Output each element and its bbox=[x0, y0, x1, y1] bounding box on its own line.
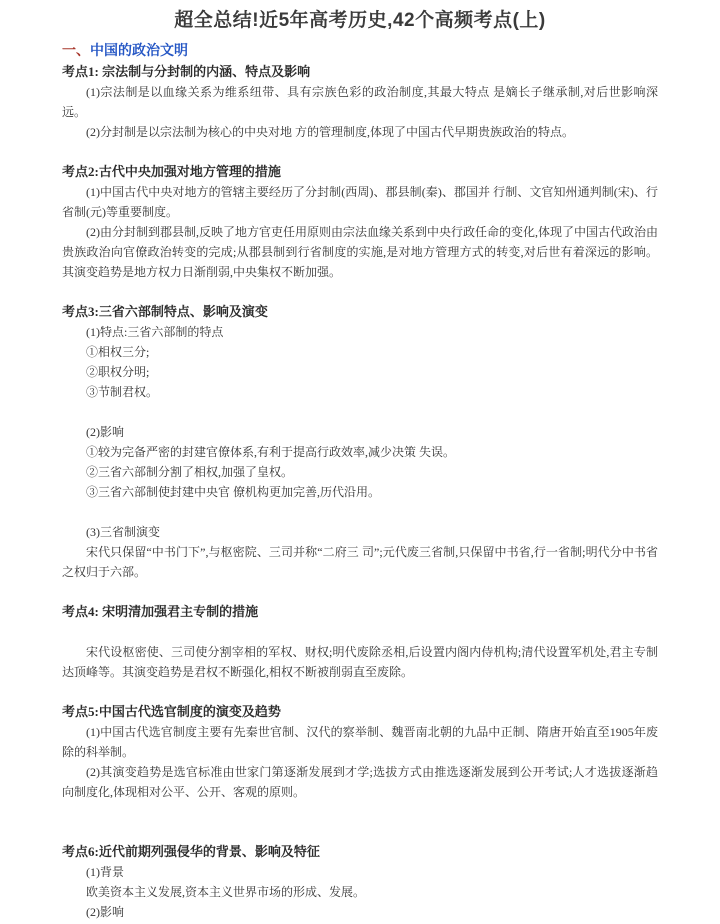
section-title: 中国的政治文明 bbox=[90, 44, 188, 59]
paragraph: ②职权分明; bbox=[62, 362, 658, 382]
point-heading: 考点1: 宗法制与分封制的内涵、特点及影响 bbox=[62, 62, 658, 82]
document-title: 超全总结!近5年高考历史,42个高频考点(上) bbox=[62, 8, 658, 34]
paragraph: (2)分封制是以宗法制为核心的中央对地 方的管理制度,体现了中国古代早期贵族政治… bbox=[62, 122, 658, 142]
point-label: 考点1: bbox=[62, 64, 102, 79]
point-heading: 考点2:古代中央加强对地方管理的措施 bbox=[62, 162, 658, 182]
paragraph: ③三省六部制使封建中央官 僚机构更加完善,历代沿用。 bbox=[62, 482, 658, 502]
point-4: 考点4: 宋明清加强君主专制的措施 宋代设枢密使、三司使分割宰相的军权、财权;明… bbox=[62, 602, 658, 682]
point-heading: 考点3:三省六部制特点、影响及演变 bbox=[62, 302, 658, 322]
paragraph: ①相权三分; bbox=[62, 342, 658, 362]
point-6: 考点6:近代前期列强侵华的背景、影响及特征 (1)背景 欧美资本主义发展,资本主… bbox=[62, 842, 658, 922]
paragraph: (2)影响 bbox=[62, 902, 658, 922]
point-2: 考点2:古代中央加强对地方管理的措施 (1)中国古代中央对地方的管辖主要经历了分… bbox=[62, 162, 658, 282]
point-title: 古代中央加强对地方管理的措施 bbox=[99, 164, 281, 179]
paragraph: (3)三省制演变 bbox=[62, 522, 658, 542]
document-page: 超全总结!近5年高考历史,42个高频考点(上) 一、中国的政治文明 考点1: 宗… bbox=[0, 0, 720, 922]
paragraph: 宋代设枢密使、三司使分割宰相的军权、财权;明代废除丞相,后设置内阁内侍机构;清代… bbox=[62, 642, 658, 682]
paragraph: 欧美资本主义发展,资本主义世界市场的形成、发展。 bbox=[62, 882, 658, 902]
point-title: 近代前期列强侵华的背景、影响及特征 bbox=[99, 844, 320, 859]
point-title: 三省六部制特点、影响及演变 bbox=[99, 304, 268, 319]
paragraph: (1)宗法制是以血缘关系为维系纽带、具有宗族色彩的政治制度,其最大特点 是嫡长子… bbox=[62, 82, 658, 122]
point-heading: 考点5:中国古代选官制度的演变及趋势 bbox=[62, 702, 658, 722]
paragraph: ①较为完备严密的封建官僚体系,有利于提高行政效率,减少决策 失误。 bbox=[62, 442, 658, 462]
point-heading: 考点6:近代前期列强侵华的背景、影响及特征 bbox=[62, 842, 658, 862]
paragraph: ③节制君权。 bbox=[62, 382, 658, 402]
paragraph: ②三省六部制分割了相权,加强了皇权。 bbox=[62, 462, 658, 482]
point-title: 中国古代选官制度的演变及趋势 bbox=[99, 704, 281, 719]
point-label: 考点4: bbox=[62, 604, 102, 619]
paragraph: (2)影响 bbox=[62, 422, 658, 442]
paragraph: (2)其演变趋势是选官标准由世家门第逐渐发展到才学;选拔方式由推选逐渐发展到公开… bbox=[62, 762, 658, 802]
point-label: 考点3: bbox=[62, 304, 99, 319]
point-label: 考点2: bbox=[62, 164, 99, 179]
paragraph: (1)中国古代选官制度主要有先秦世官制、汉代的察举制、魏晋南北朝的九品中正制、隋… bbox=[62, 722, 658, 762]
point-3: 考点3:三省六部制特点、影响及演变 (1)特点:三省六部制的特点 ①相权三分; … bbox=[62, 302, 658, 582]
section-number: 一、 bbox=[62, 44, 90, 59]
point-label: 考点6: bbox=[62, 844, 99, 859]
section-heading: 一、中国的政治文明 bbox=[62, 42, 658, 62]
paragraph: 宋代只保留“中书门下”,与枢密院、三司并称“二府三 司”;元代废三省制,只保留中… bbox=[62, 542, 658, 582]
paragraph: (1)特点:三省六部制的特点 bbox=[62, 322, 658, 342]
paragraph: (1)中国古代中央对地方的管辖主要经历了分封制(西周)、郡县制(秦)、郡国并 行… bbox=[62, 182, 658, 222]
paragraph: (1)背景 bbox=[62, 862, 658, 882]
point-5: 考点5:中国古代选官制度的演变及趋势 (1)中国古代选官制度主要有先秦世官制、汉… bbox=[62, 702, 658, 802]
paragraph: (2)由分封制到郡县制,反映了地方官吏任用原则由宗法血缘关系到中央行政任命的变化… bbox=[62, 222, 658, 282]
point-heading: 考点4: 宋明清加强君主专制的措施 bbox=[62, 602, 658, 622]
point-label: 考点5: bbox=[62, 704, 99, 719]
point-title: 宗法制与分封制的内涵、特点及影响 bbox=[102, 64, 310, 79]
point-1: 考点1: 宗法制与分封制的内涵、特点及影响 (1)宗法制是以血缘关系为维系纽带、… bbox=[62, 62, 658, 142]
point-title: 宋明清加强君主专制的措施 bbox=[102, 604, 258, 619]
